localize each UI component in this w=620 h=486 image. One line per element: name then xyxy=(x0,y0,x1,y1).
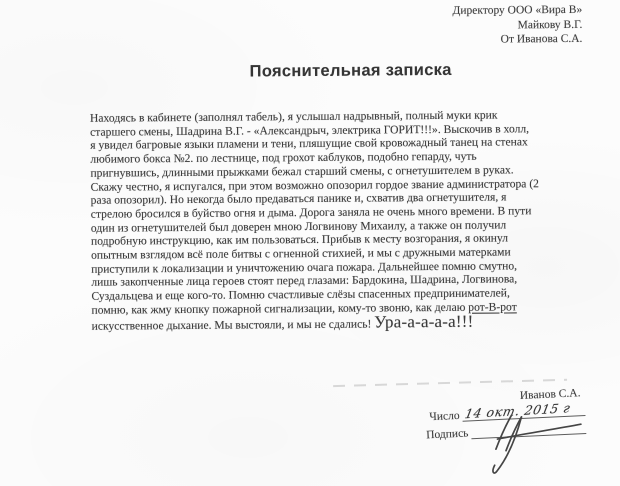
body-text: Находясь в кабинете (заполнял табель), я… xyxy=(90,108,578,333)
recipient-line: Директору ООО «Вира В» xyxy=(452,3,582,19)
scanned-document-page: Директору ООО «Вира В» Майкову В.Г. От И… xyxy=(0,0,620,486)
recipient-block: Директору ООО «Вира В» Майкову В.Г. От И… xyxy=(452,3,582,48)
scan-artifact-line xyxy=(333,379,567,387)
recipient-line: От Иванова С.А. xyxy=(453,32,583,48)
document: Директору ООО «Вира В» Майкову В.Г. От И… xyxy=(0,0,620,486)
recipient-line: Майкову В.Г. xyxy=(453,17,583,33)
date-label: Число xyxy=(429,410,460,423)
document-title: Пояснительная записка xyxy=(250,61,452,82)
signature-block: Иванов С.А. Число 14 окт. 2015 г Подпись xyxy=(332,387,586,446)
handwritten-signature-scribble xyxy=(481,409,586,476)
body-line: искусственное дыхание. Мы выстояли, и мы… xyxy=(92,313,578,333)
signature-label: Подпись xyxy=(426,427,469,441)
